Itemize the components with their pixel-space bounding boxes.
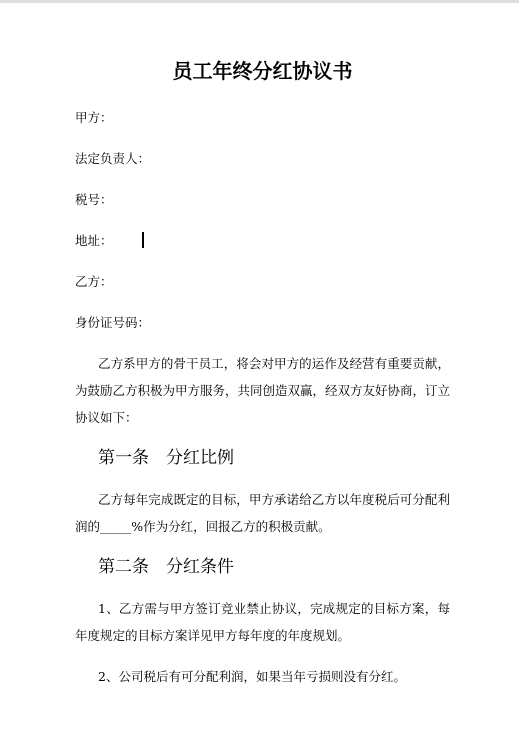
field-line-id-number: 身份证号码： [75, 309, 450, 336]
field-line-party-a: 甲方： [75, 104, 450, 131]
article-1-body: 乙方每年完成既定的目标，甲方承诺给乙方以年度税后可分配利润的_____%作为分红… [75, 486, 450, 540]
field-line-tax-no: 税号： [75, 186, 450, 213]
field-label-party-a: 甲方： [75, 110, 113, 125]
field-line-legal-rep: 法定负责人： [75, 145, 450, 172]
window-top-edge [0, 0, 519, 3]
article-1-heading: 第一条 分红比例 [75, 445, 450, 472]
article-2-item-1: 1、乙方需与甲方签订竞业禁止协议，完成规定的目标方案，每年度规定的目标方案详见甲… [75, 595, 450, 649]
text-cursor [142, 232, 144, 248]
field-label-legal-rep: 法定负责人： [75, 151, 150, 166]
field-line-address: 地址： [75, 227, 450, 254]
document-title: 员工年终分红协议书 [75, 57, 450, 86]
field-line-party-b: 乙方： [75, 268, 450, 295]
field-label-id-number: 身份证号码： [75, 315, 150, 330]
field-label-tax-no: 税号： [75, 192, 113, 207]
document-page[interactable]: 员工年终分红协议书 甲方： 法定负责人： 税号： 地址： 乙方： 身份证号码： … [0, 57, 519, 690]
field-label-address: 地址： [75, 233, 113, 248]
field-label-party-b: 乙方： [75, 274, 113, 289]
article-2-heading: 第二条 分红条件 [75, 554, 450, 581]
intro-paragraph: 乙方系甲方的骨干员工，将会对甲方的运作及经营有重要贡献，为鼓励乙方积极为甲方服务… [75, 350, 450, 431]
article-2-item-2: 2、公司税后有可分配利润，如果当年亏损则没有分红。 [75, 663, 450, 690]
